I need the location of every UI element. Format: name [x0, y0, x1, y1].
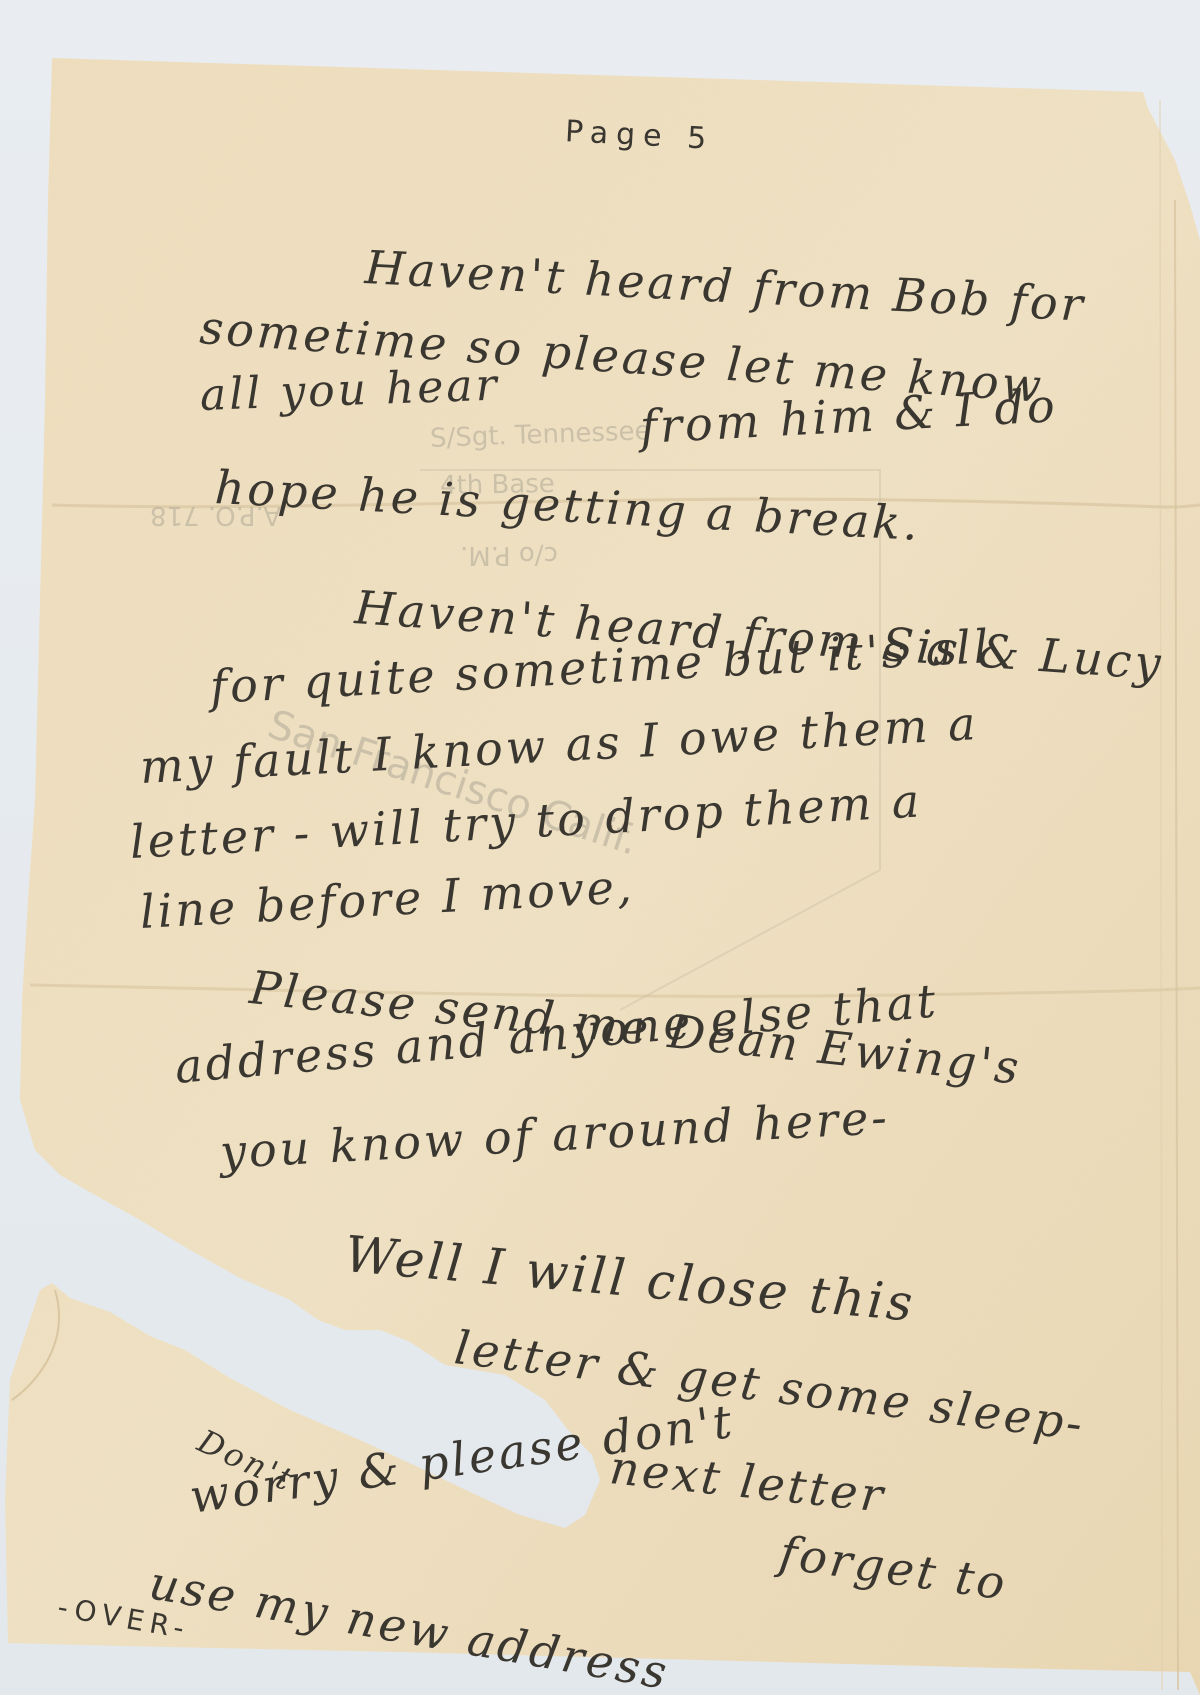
letter-line: all you hear [199, 360, 500, 421]
